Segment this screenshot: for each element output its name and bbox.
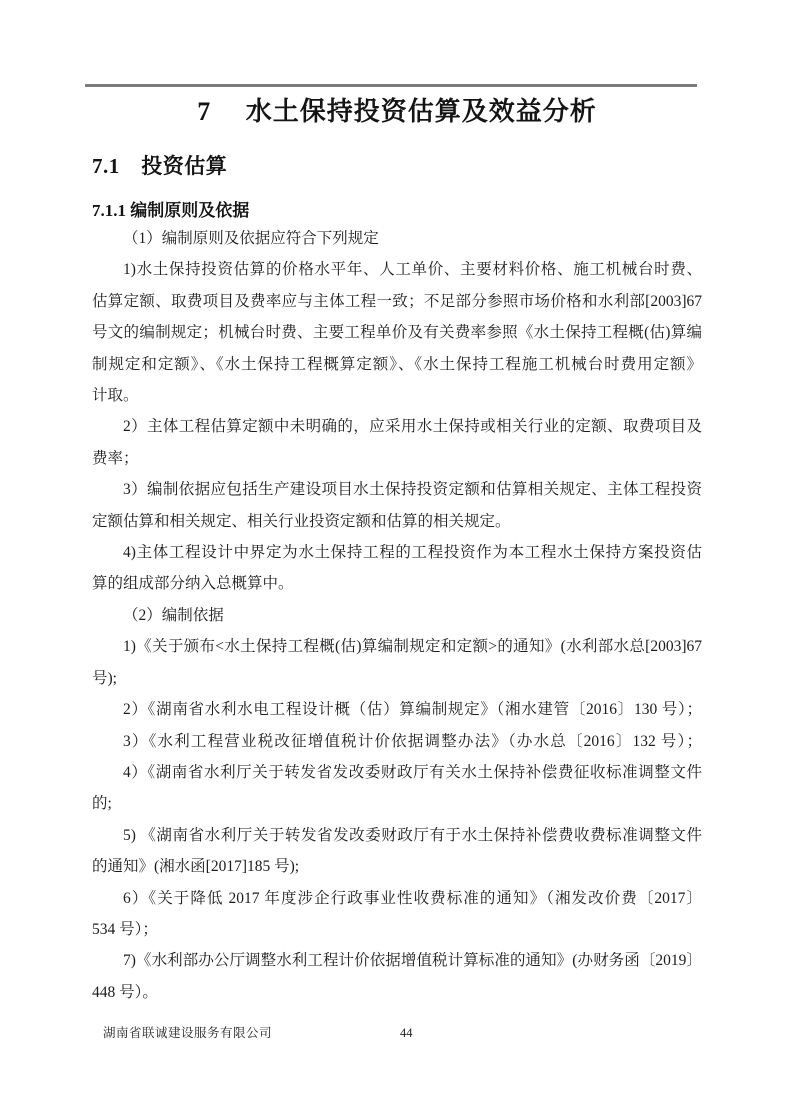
text-line: 算的组成部分纳入总概算中。 [92, 568, 702, 599]
text-line: 1)水土保持投资估算的价格水平年、人工单价、主要材料价格、施工机械台时费、 [92, 254, 702, 285]
text-line: 448 号）。 [92, 977, 702, 1008]
footer-company: 湖南省联诚建设服务有限公司 [103, 1026, 272, 1040]
body-text: （1）编制原则及依据应符合下列规定1)水土保持投资估算的价格水平年、人工单价、主… [92, 223, 702, 1008]
document-page: 7 水土保持投资估算及效益分析 7.1 投资估算 7.1.1 编制原则及依据 （… [0, 0, 790, 1118]
text-line: 3）编制依据应包括生产建设项目水土保持投资定额和估算相关规定、主体工程投资 [92, 474, 702, 505]
subsection-heading: 7.1.1 编制原则及依据 [92, 199, 249, 223]
text-line: 1)《关于颁布<水土保持工程概(估)算编制规定和定额>的通知》(水利部水总[20… [92, 631, 702, 662]
text-line: 号); [92, 663, 702, 694]
footer-page-number: 44 [400, 1024, 413, 1042]
text-line: 计取。 [92, 380, 702, 411]
text-line: 2）主体工程估算定额中未明确的，应采用水土保持或相关行业的定额、取费项目及 [92, 411, 702, 442]
header-rule [85, 84, 697, 87]
text-line: （2）编制依据 [92, 600, 702, 631]
text-line: 的; [92, 788, 702, 819]
text-line: 费率； [92, 443, 702, 474]
text-line: 制规定和定额》、《水土保持工程概算定额》、《水土保持工程施工机械台时费用定额》 [92, 349, 702, 380]
section-heading: 7.1 投资估算 [92, 152, 227, 180]
text-line: 号文的编制规定；机械台时费、主要工程单价及有关费率参照《水土保持工程概(估)算编 [92, 317, 702, 348]
text-line: 6）《关于降低 2017 年度涉企行政事业性收费标准的通知》（湘发改价费〔201… [92, 883, 702, 914]
text-line: 4）《湖南省水利厅关于转发省发改委财政厅有关水土保持补偿费征收标准调整文件 [92, 757, 702, 788]
text-line: 534 号）； [92, 914, 702, 945]
text-line: 定额估算和相关规定、相关行业投资定额和估算的相关规定。 [92, 506, 702, 537]
text-line: 4)主体工程设计中界定为水土保持工程的工程投资作为本工程水土保持方案投资估 [92, 537, 702, 568]
text-line: 2）《湖南省水利水电工程设计概（估）算编制规定》（湘水建管〔2016〕130 号… [92, 694, 702, 725]
chapter-title: 7 水土保持投资估算及效益分析 [92, 95, 702, 129]
text-line: 估算定额、取费项目及费率应与主体工程一致；不足部分参照市场价格和水利部[2003… [92, 286, 702, 317]
text-line: 3）《水利工程营业税改征增值税计价依据调整办法》（办水总〔2016〕132 号）… [92, 726, 702, 757]
text-line: 7)《水利部办公厅调整水利工程计价依据增值税计算标准的通知》(办财务函〔2019… [92, 945, 702, 976]
page-footer: 湖南省联诚建设服务有限公司 44 [103, 1024, 702, 1042]
text-line: （1）编制原则及依据应符合下列规定 [92, 223, 702, 254]
text-line: 的通知》(湘水函[2017]185 号); [92, 851, 702, 882]
text-line: 5) 《湖南省水利厅关于转发省发改委财政厅有于水土保持补偿费收费标准调整文件 [92, 820, 702, 851]
